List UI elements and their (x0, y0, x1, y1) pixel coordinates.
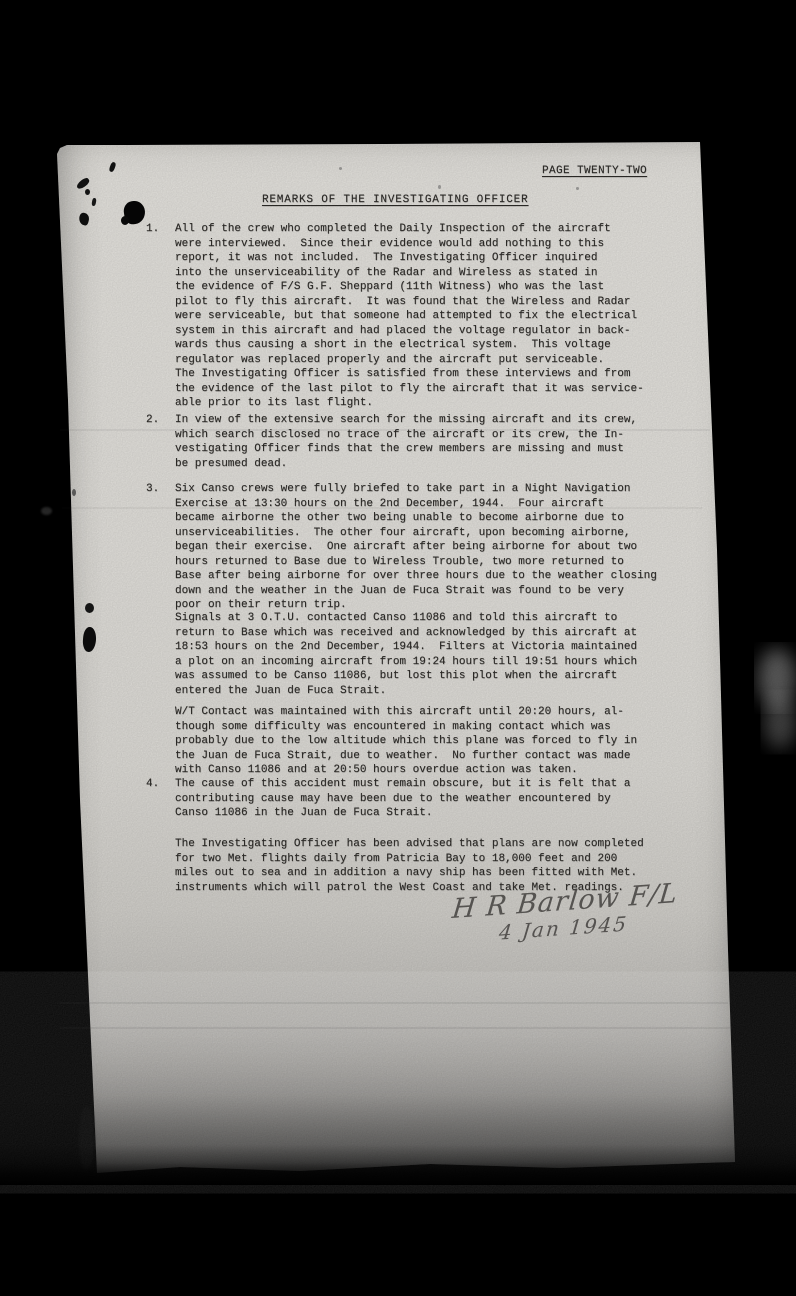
ink-speck (438, 185, 441, 189)
paragraph-text: The cause of this accident must remain o… (175, 777, 630, 821)
ink-speck (339, 167, 342, 170)
paragraph-number: 1. (146, 222, 175, 411)
paragraph-number (146, 705, 175, 778)
ink-speck (576, 187, 579, 190)
ink-blot (121, 216, 129, 225)
page-number-header: PAGE TWENTY-TWO (542, 164, 647, 179)
paragraph-number: 3. (146, 482, 175, 613)
paragraph-text: Six Canso crews were fully briefed to ta… (175, 482, 657, 613)
paragraph-number (146, 837, 175, 895)
ink-speck (85, 603, 94, 613)
paragraph-text: Signals at 3 O.T.U. contacted Canso 1108… (175, 611, 637, 698)
paragraph: 1.All of the crew who completed the Dail… (146, 222, 644, 411)
paragraph: 3.Six Canso crews were fully briefed to … (146, 482, 657, 613)
paragraph-number: 2. (146, 413, 175, 471)
light-streak (758, 648, 796, 708)
paragraph: 2.In view of the extensive search for th… (146, 413, 637, 471)
scan-smudge (41, 507, 52, 515)
scanned-document-page: PAGE TWENTY-TWO REMARKS OF THE INVESTIGA… (0, 0, 796, 1296)
document-title: REMARKS OF THE INVESTIGATING OFFICER (262, 193, 528, 208)
paragraph-text: All of the crew who completed the Daily … (175, 222, 644, 411)
paragraph-text: In view of the extensive search for the … (175, 413, 637, 471)
paragraph-number: 4. (146, 777, 175, 821)
paragraph: W/T Contact was maintained with this air… (146, 705, 637, 778)
scan-shadow-bottom (0, 1095, 796, 1185)
paper-crease (60, 1002, 728, 1004)
paragraph: 4.The cause of this accident must remain… (146, 777, 630, 821)
ink-speck (72, 489, 76, 496)
ink-speck (85, 189, 90, 195)
light-streak (764, 695, 796, 749)
paragraph-text: W/T Contact was maintained with this air… (175, 705, 637, 778)
paper-crease (60, 1027, 732, 1029)
paragraph-number (146, 611, 175, 698)
paragraph: Signals at 3 O.T.U. contacted Canso 1108… (146, 611, 637, 698)
